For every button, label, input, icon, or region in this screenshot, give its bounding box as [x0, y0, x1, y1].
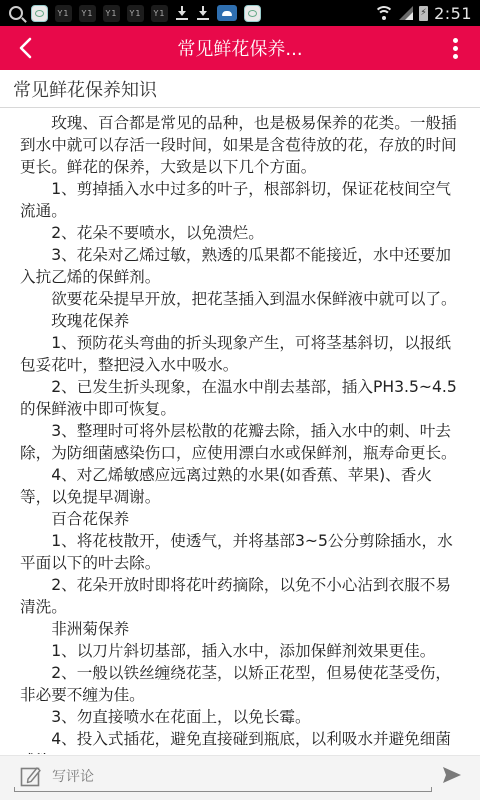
- wifi-icon: [375, 6, 393, 20]
- paragraph: 1、将花枝散开，使透气，并将基部3~5公分剪除插水，水平面以下的叶去除。: [20, 530, 460, 574]
- system-icons: ⚡ 2:51: [375, 4, 472, 23]
- edit-icon: [20, 765, 42, 787]
- battery-charging-icon: ⚡: [419, 6, 428, 21]
- app-icon: [31, 5, 48, 22]
- paragraph: 2、花朵开放时即将花叶药摘除，以免不小心沾到衣服不易清洗。: [20, 574, 460, 618]
- comment-bar: 写评论: [0, 755, 480, 800]
- paragraph: 欲要花朵提早开放，把花茎插入到温水保鲜液中就可以了。: [20, 288, 460, 310]
- paragraph: 4、对乙烯敏感应远离过熟的水果(如香蕉、苹果)、香火等，以免提早凋谢。: [20, 464, 460, 508]
- section-heading: 百合花保养: [20, 508, 460, 530]
- y1-icon: Y1: [127, 5, 144, 22]
- app-bar: 常见鲜花保养...: [0, 26, 480, 70]
- paragraph: 1、以刀片斜切基部，插入水中，添加保鲜剂效果更佳。: [20, 640, 460, 662]
- notification-icons: Y1 Y1 Y1 Y1 Y1: [8, 5, 261, 22]
- cloud-app-icon: [217, 5, 237, 21]
- send-icon: [442, 766, 462, 784]
- y1-icon: Y1: [151, 5, 168, 22]
- y1-icon: Y1: [79, 5, 96, 22]
- paragraph: 3、整理时可将外层松散的花瓣去除，插入水中的刺、叶去除，为防细菌感染伤口，应使用…: [20, 420, 460, 464]
- signal-icon: [399, 6, 413, 20]
- article-title: 常见鲜花保养知识: [0, 70, 480, 108]
- paragraph: 3、勿直接喷水在花面上，以免长霉。: [20, 706, 460, 728]
- y1-icon: Y1: [55, 5, 72, 22]
- comment-placeholder: 写评论: [52, 766, 94, 786]
- section-heading: 玫瑰花保养: [20, 310, 460, 332]
- paragraph: 2、花朵不要喷水，以免溃烂。: [20, 222, 460, 244]
- send-button[interactable]: [442, 766, 466, 788]
- section-heading: 非洲菊保养: [20, 618, 460, 640]
- paragraph: 4、投入式插花，避免直接碰到瓶底，以利吸水并避免细菌感染。: [20, 728, 460, 754]
- app-icon: [244, 5, 261, 22]
- article-body: 玫瑰、百合都是常见的品种，也是极易保养的花类。一般插到水中就可以存活一段时间，如…: [20, 112, 460, 754]
- more-vertical-icon: [453, 38, 458, 43]
- paragraph: 2、一般以铁丝缠绕花茎，以矫正花型，但易使花茎受伤，非必要不缠为佳。: [20, 662, 460, 706]
- page-title: 常见鲜花保养...: [50, 35, 430, 61]
- comment-input[interactable]: 写评论: [14, 760, 432, 792]
- paragraph: 1、预防花头弯曲的折头现象产生，可将茎基斜切，以报纸包妥花叶，整把浸入水中吸水。: [20, 332, 460, 376]
- back-button[interactable]: [0, 26, 50, 70]
- paragraph: 2、已发生折头现象，在温水中削去基部，插入PH3.5~4.5的保鲜液中即可恢复。: [20, 376, 460, 420]
- status-bar: Y1 Y1 Y1 Y1 Y1 ⚡ 2:51: [0, 0, 480, 26]
- download-icon: [196, 5, 210, 21]
- paragraph: 玫瑰、百合都是常见的品种，也是极易保养的花类。一般插到水中就可以存活一段时间，如…: [20, 112, 460, 178]
- more-options-button[interactable]: [430, 26, 480, 70]
- chevron-left-icon: [18, 37, 32, 59]
- search-icon: [8, 5, 24, 21]
- y1-icon: Y1: [103, 5, 120, 22]
- download-icon: [175, 5, 189, 21]
- paragraph: 3、花朵对乙烯过敏，熟透的瓜果都不能接近，水中还要加入抗乙烯的保鲜剂。: [20, 244, 460, 288]
- clock: 2:51: [434, 4, 472, 23]
- paragraph: 1、剪掉插入水中过多的叶子，根部斜切，保证花枝间空气流通。: [20, 178, 460, 222]
